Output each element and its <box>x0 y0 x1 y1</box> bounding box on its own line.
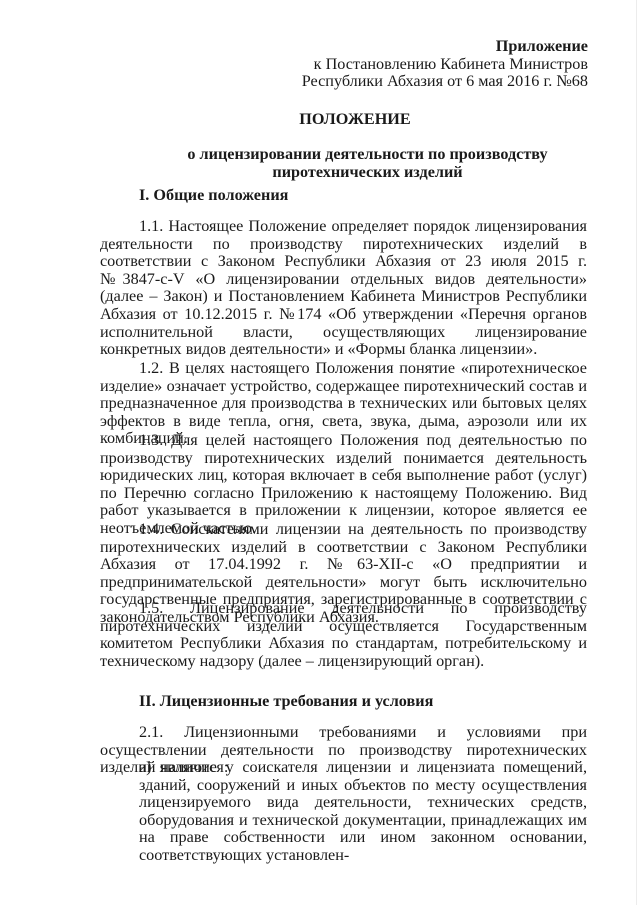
paragraph-1-5: 1.5. Лицензирование деятельности по прои… <box>100 600 587 670</box>
subtitle-line-1: о лицензировании деятельности по произво… <box>148 146 587 164</box>
appendix-label: Приложение <box>302 38 588 56</box>
scan-edge-line <box>636 0 637 905</box>
appendix-header: Приложение к Постановлению Кабинета Мини… <box>302 38 588 91</box>
subitem-2-1-a: а) наличие у соискателя лицензии и лицен… <box>139 759 587 865</box>
section-heading-1: I. Общие положения <box>139 186 288 205</box>
paragraph-1-1: 1.1. Настоящее Положение определяет поря… <box>100 218 587 359</box>
appendix-reference-line-2: Республики Абхазия от 6 мая 2016 г. №68 <box>302 73 588 91</box>
appendix-reference-line-1: к Постановлению Кабинета Министров <box>302 56 588 74</box>
subtitle-line-2: пиротехнических изделий <box>148 164 587 182</box>
section-heading-2: II. Лицензионные требования и условия <box>139 692 433 711</box>
document-title: ПОЛОЖЕНИЕ <box>0 110 640 129</box>
document-subtitle: о лицензировании деятельности по произво… <box>100 146 587 181</box>
document-page: Приложение к Постановлению Кабинета Мини… <box>0 0 640 905</box>
